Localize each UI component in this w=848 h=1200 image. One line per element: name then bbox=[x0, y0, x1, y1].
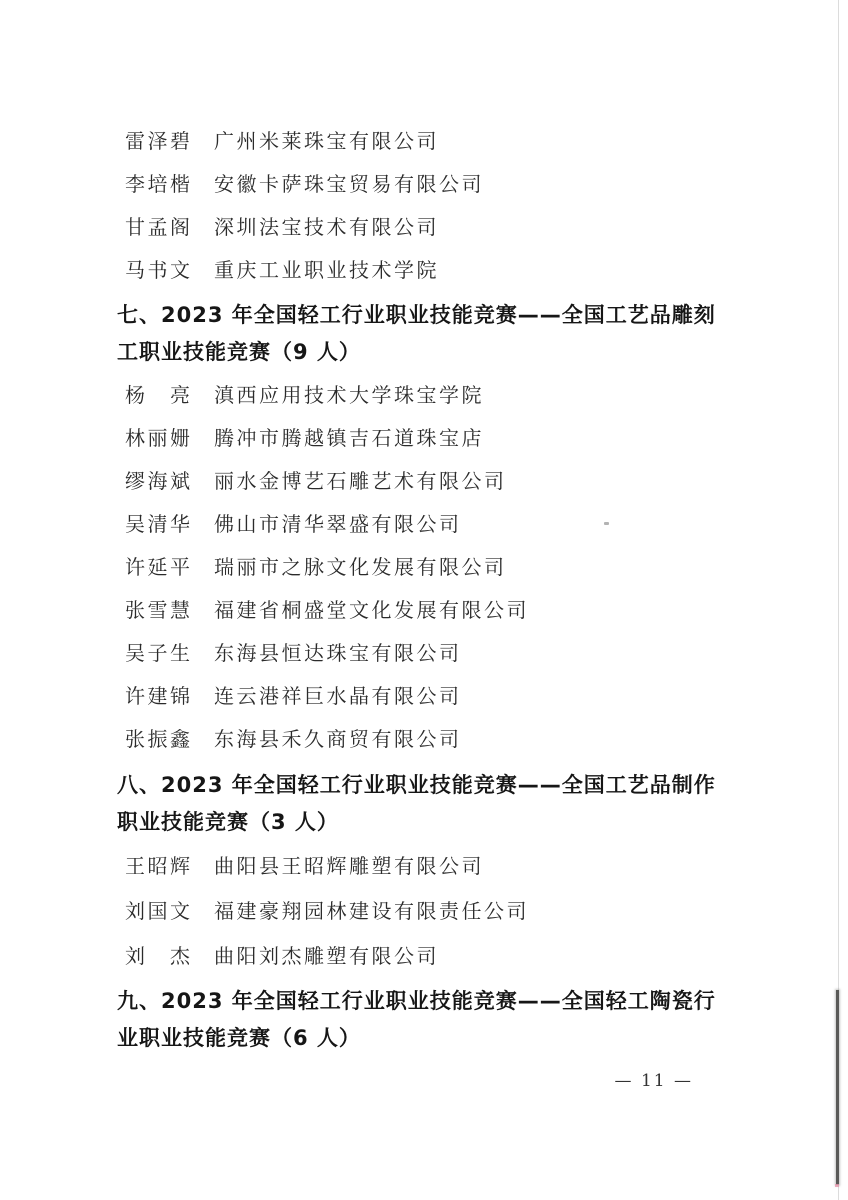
section-8-entry-list: 王昭辉 曲阳县王昭辉雕塑有限公司 刘国文 福建豪翔园林建设有限责任公司 刘 杰 … bbox=[117, 844, 733, 979]
person-name: 张雪慧 bbox=[125, 589, 203, 632]
organization-name: 安徽卡萨珠宝贸易有限公司 bbox=[214, 163, 484, 206]
section-heading-9: 九、2023 年全国轻工行业职业技能竞赛——全国轻工陶瓷行 业职业技能竞赛（6 … bbox=[117, 983, 733, 1057]
entry-row: 张雪慧 福建省桐盛堂文化发展有限公司 bbox=[117, 589, 733, 632]
entry-row: 李培楷 安徽卡萨珠宝贸易有限公司 bbox=[117, 163, 733, 206]
person-name: 杨 亮 bbox=[125, 374, 203, 417]
person-name: 缪海斌 bbox=[125, 460, 203, 503]
section-heading-7: 七、2023 年全国轻工行业职业技能竞赛——全国工艺品雕刻 工职业技能竞赛（9 … bbox=[117, 297, 733, 371]
person-name: 吴清华 bbox=[125, 503, 203, 546]
person-name: 甘孟阁 bbox=[125, 206, 203, 249]
entry-row: 雷泽碧 广州米莱珠宝有限公司 bbox=[117, 120, 733, 163]
person-name: 许延平 bbox=[125, 546, 203, 589]
section-heading-line: 七、2023 年全国轻工行业职业技能竞赛——全国工艺品雕刻 bbox=[117, 297, 733, 334]
section-7-entry-list: 杨 亮 滇西应用技术大学珠宝学院 林丽姗 腾冲市腾越镇吉石道珠宝店 缪海斌 丽水… bbox=[117, 374, 733, 761]
scan-edge-dark-artifact bbox=[836, 990, 839, 1185]
organization-name: 丽水金博艺石雕艺术有限公司 bbox=[214, 460, 507, 503]
entry-row: 刘 杰 曲阳刘杰雕塑有限公司 bbox=[117, 934, 733, 979]
section-heading-line: 业职业技能竞赛（6 人） bbox=[117, 1020, 733, 1057]
page-number: — 11 — bbox=[117, 1071, 733, 1091]
section-heading-line: 职业技能竞赛（3 人） bbox=[117, 804, 733, 841]
entry-row: 林丽姗 腾冲市腾越镇吉石道珠宝店 bbox=[117, 417, 733, 460]
organization-name: 广州米莱珠宝有限公司 bbox=[214, 120, 439, 163]
organization-name: 东海县恒达珠宝有限公司 bbox=[214, 632, 462, 675]
person-name: 李培楷 bbox=[125, 163, 203, 206]
organization-name: 连云港祥巨水晶有限公司 bbox=[214, 675, 462, 718]
organization-name: 滇西应用技术大学珠宝学院 bbox=[214, 374, 484, 417]
person-name: 刘 杰 bbox=[125, 934, 203, 979]
person-name: 雷泽碧 bbox=[125, 120, 203, 163]
document-content: 雷泽碧 广州米莱珠宝有限公司 李培楷 安徽卡萨珠宝贸易有限公司 甘孟阁 深圳法宝… bbox=[117, 120, 733, 1091]
entry-row: 刘国文 福建豪翔园林建设有限责任公司 bbox=[117, 889, 733, 934]
scan-speck-artifact bbox=[604, 522, 609, 525]
entry-row: 甘孟阁 深圳法宝技术有限公司 bbox=[117, 206, 733, 249]
entry-row: 王昭辉 曲阳县王昭辉雕塑有限公司 bbox=[117, 844, 733, 889]
person-name: 张振鑫 bbox=[125, 718, 203, 761]
person-name: 吴子生 bbox=[125, 632, 203, 675]
organization-name: 瑞丽市之脉文化发展有限公司 bbox=[214, 546, 507, 589]
organization-name: 重庆工业职业技术学院 bbox=[214, 249, 439, 292]
entry-row: 许延平 瑞丽市之脉文化发展有限公司 bbox=[117, 546, 733, 589]
person-name: 刘国文 bbox=[125, 889, 203, 934]
entry-row: 缪海斌 丽水金博艺石雕艺术有限公司 bbox=[117, 460, 733, 503]
organization-name: 深圳法宝技术有限公司 bbox=[214, 206, 439, 249]
entry-row: 吴清华 佛山市清华翠盛有限公司 bbox=[117, 503, 733, 546]
continued-entry-list: 雷泽碧 广州米莱珠宝有限公司 李培楷 安徽卡萨珠宝贸易有限公司 甘孟阁 深圳法宝… bbox=[117, 120, 733, 292]
entry-row: 吴子生 东海县恒达珠宝有限公司 bbox=[117, 632, 733, 675]
organization-name: 福建豪翔园林建设有限责任公司 bbox=[214, 889, 529, 934]
entry-row: 马书文 重庆工业职业技术学院 bbox=[117, 249, 733, 292]
organization-name: 东海县禾久商贸有限公司 bbox=[214, 718, 462, 761]
section-heading-8: 八、2023 年全国轻工行业职业技能竞赛——全国工艺品制作 职业技能竞赛（3 人… bbox=[117, 767, 733, 841]
person-name: 许建锦 bbox=[125, 675, 203, 718]
organization-name: 福建省桐盛堂文化发展有限公司 bbox=[214, 589, 529, 632]
entry-row: 许建锦 连云港祥巨水晶有限公司 bbox=[117, 675, 733, 718]
person-name: 马书文 bbox=[125, 249, 203, 292]
organization-name: 曲阳刘杰雕塑有限公司 bbox=[214, 934, 439, 979]
organization-name: 佛山市清华翠盛有限公司 bbox=[214, 503, 462, 546]
organization-name: 曲阳县王昭辉雕塑有限公司 bbox=[214, 844, 484, 889]
person-name: 王昭辉 bbox=[125, 844, 203, 889]
scan-edge-speck-artifact bbox=[835, 1184, 839, 1187]
person-name: 林丽姗 bbox=[125, 417, 203, 460]
section-heading-line: 八、2023 年全国轻工行业职业技能竞赛——全国工艺品制作 bbox=[117, 767, 733, 804]
section-heading-line: 九、2023 年全国轻工行业职业技能竞赛——全国轻工陶瓷行 bbox=[117, 983, 733, 1020]
organization-name: 腾冲市腾越镇吉石道珠宝店 bbox=[214, 417, 484, 460]
entry-row: 杨 亮 滇西应用技术大学珠宝学院 bbox=[117, 374, 733, 417]
scanned-document-page: 雷泽碧 广州米莱珠宝有限公司 李培楷 安徽卡萨珠宝贸易有限公司 甘孟阁 深圳法宝… bbox=[0, 0, 848, 1200]
entry-row: 张振鑫 东海县禾久商贸有限公司 bbox=[117, 718, 733, 761]
section-heading-line: 工职业技能竞赛（9 人） bbox=[117, 334, 733, 371]
